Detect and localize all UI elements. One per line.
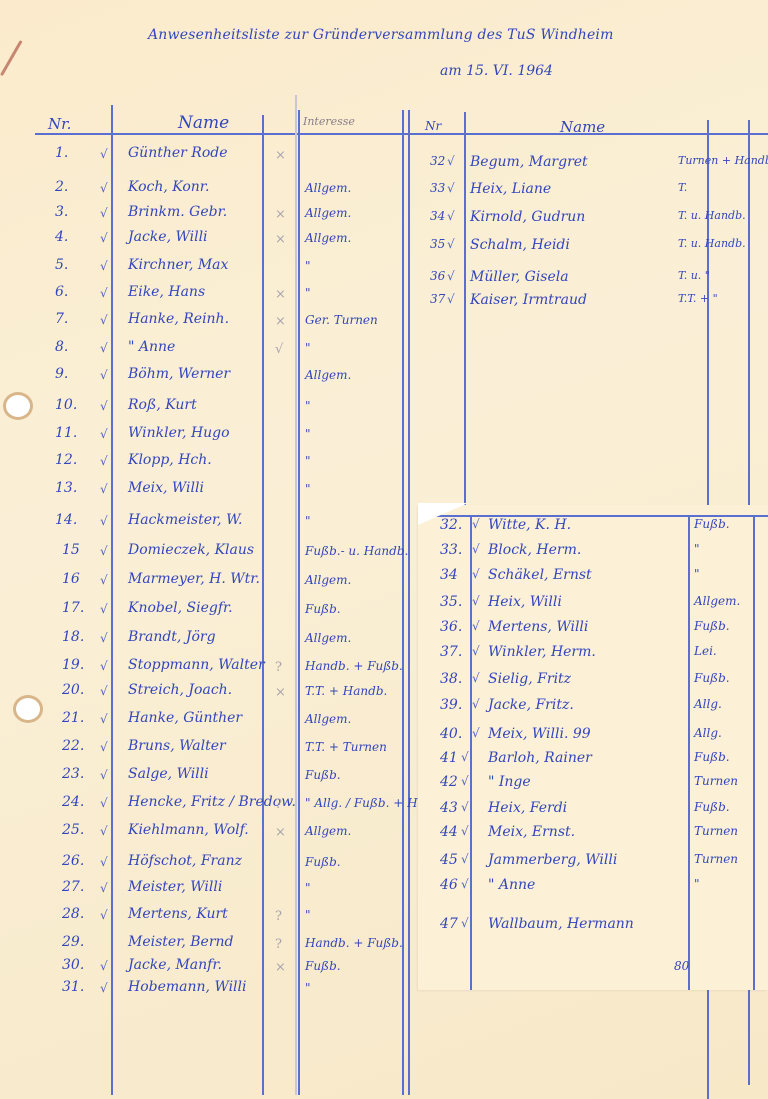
- check-mark: √: [100, 182, 108, 194]
- row-interest: ": [305, 400, 311, 412]
- check-mark: √: [100, 660, 108, 672]
- row-number: 27.: [62, 880, 84, 894]
- row-number: 23.: [62, 767, 84, 781]
- row-number: 37: [430, 293, 445, 305]
- check-mark: √: [100, 825, 108, 837]
- attendance-mark: ×: [275, 960, 286, 975]
- row-name: Stoppmann, Walter: [128, 658, 265, 672]
- row-interest: ": [305, 483, 311, 495]
- col-divider-faint: [295, 95, 297, 1095]
- row-name: Koch, Konr.: [128, 180, 209, 194]
- header-name: Name: [178, 115, 229, 132]
- row-interest: Allg.: [694, 698, 722, 710]
- row-number: 28.: [62, 907, 84, 921]
- row-interest: Handb. + Fußb.: [305, 937, 403, 949]
- check-mark: √: [100, 685, 108, 697]
- check-mark: √: [100, 400, 108, 412]
- header-interest: Interesse: [303, 116, 355, 127]
- row-interest: T.T. + Turnen: [305, 741, 387, 753]
- check-mark: √: [461, 878, 469, 890]
- attendance-mark: ?: [275, 937, 282, 952]
- row-interest: Lei.: [694, 645, 717, 657]
- row-name: Block, Herm.: [488, 543, 581, 557]
- row-name: Jacke, Manfr.: [128, 958, 222, 972]
- row-name: Marmeyer, H. Wtr.: [128, 572, 260, 586]
- row-interest: Fußb.: [694, 672, 730, 684]
- check-mark: √: [100, 148, 108, 160]
- row-number: 46: [440, 878, 458, 892]
- row-name: Kirnold, Gudrun: [470, 210, 585, 224]
- row-name: Müller, Gisela: [470, 270, 569, 284]
- row-number: 35.: [440, 595, 462, 609]
- check-mark: √: [472, 518, 480, 530]
- row-number: 2.: [55, 180, 68, 194]
- row-interest: ": [305, 428, 311, 440]
- row-number: 30.: [62, 958, 84, 972]
- row-interest: Allgem.: [305, 632, 351, 644]
- row-number: 25.: [62, 823, 84, 837]
- col-divider-double: [408, 110, 410, 1095]
- row-interest: Fußb.: [694, 518, 730, 530]
- right-col-divider-lower-end: [748, 985, 750, 1085]
- row-interest: ": [694, 878, 700, 890]
- check-mark: √: [100, 909, 108, 921]
- row-interest: Fußb.: [305, 603, 341, 615]
- row-interest: Turnen: [694, 853, 738, 865]
- row-number: 8.: [55, 340, 68, 354]
- row-name: Meister, Willi: [128, 880, 222, 894]
- attendance-mark: ×: [275, 207, 286, 222]
- row-number: 33: [430, 182, 445, 194]
- row-interest: Ger. Turnen: [305, 314, 378, 326]
- row-number: 32: [430, 155, 445, 167]
- right-col-divider-nr: [464, 112, 466, 512]
- row-interest: Fußb.: [305, 960, 341, 972]
- row-name: Schalm, Heidi: [470, 238, 570, 252]
- row-name: Barloh, Rainer: [488, 751, 592, 765]
- row-name: Mertens, Willi: [488, 620, 588, 634]
- header-nr: Nr.: [48, 117, 71, 132]
- row-name: Meix, Willi: [128, 481, 204, 495]
- row-interest: Fußb.: [694, 801, 730, 813]
- row-name: Winkler, Herm.: [488, 645, 596, 659]
- row-name: Bruns, Walter: [128, 739, 226, 753]
- row-number: 34: [430, 210, 445, 222]
- check-mark: √: [100, 882, 108, 894]
- check-mark: √: [100, 314, 108, 326]
- row-interest: ": [305, 455, 311, 467]
- row-interest: Allgem.: [305, 369, 351, 381]
- row-name: " Inge: [488, 775, 531, 789]
- check-mark: √: [461, 825, 469, 837]
- check-mark: √: [472, 727, 480, 739]
- row-number: 11.: [55, 426, 77, 440]
- row-interest: Allgem.: [305, 574, 351, 586]
- row-interest: Turnen + Handb.: [678, 155, 768, 166]
- row-number: 36.: [440, 620, 462, 634]
- row-name: Mertens, Kurt: [128, 907, 228, 921]
- check-mark: √: [100, 369, 108, 381]
- row-interest: ": [305, 909, 311, 921]
- row-interest: T. u. Handb.: [678, 238, 746, 249]
- row-number: 33.: [440, 543, 462, 557]
- row-number: 4.: [55, 230, 68, 244]
- row-interest: Fußb.: [305, 769, 341, 781]
- row-interest: T.T. + Handb.: [305, 685, 387, 697]
- row-name: Günther Rode: [128, 146, 228, 160]
- row-interest: ": [305, 882, 311, 894]
- row-name: " Anne: [488, 878, 535, 892]
- row-interest: ": [694, 543, 700, 555]
- check-mark: √: [472, 595, 480, 607]
- row-interest: ": [305, 982, 311, 994]
- row-name: Hanke, Reinh.: [128, 312, 229, 326]
- row-number: 29.: [62, 935, 84, 949]
- row-number: 39.: [440, 698, 462, 712]
- row-number: 18.: [62, 630, 84, 644]
- row-name: Meix, Willi. 99: [488, 727, 591, 741]
- row-interest: Allgem.: [694, 595, 740, 607]
- row-number: 37.: [440, 645, 462, 659]
- check-mark: √: [100, 287, 108, 299]
- row-number: 15: [62, 543, 80, 557]
- row-interest: ": [305, 515, 311, 527]
- row-interest: Turnen: [694, 825, 738, 837]
- row-interest: ": [305, 342, 311, 354]
- header-nr-right: Nr: [425, 120, 441, 132]
- row-interest: T.T. + ": [678, 293, 718, 304]
- row-number: 3.: [55, 205, 68, 219]
- check-mark: √: [447, 270, 455, 282]
- check-mark: √: [447, 293, 455, 305]
- check-mark: √: [100, 342, 108, 354]
- row-name: Höfschot, Franz: [128, 854, 242, 868]
- row-name: Schäkel, Ernst: [488, 568, 592, 582]
- check-mark: √: [100, 713, 108, 725]
- check-mark: √: [472, 645, 480, 657]
- row-name: Böhm, Werner: [128, 367, 230, 381]
- right-col-divider-end: [748, 120, 750, 510]
- row-number: 17.: [62, 601, 84, 615]
- header-name-right: Name: [560, 120, 605, 135]
- row-number: 31.: [62, 980, 84, 994]
- col-divider-mark: [298, 110, 300, 1095]
- row-interest: ": [305, 287, 311, 299]
- row-number: 45: [440, 853, 458, 867]
- check-mark: √: [100, 960, 108, 972]
- row-name: Heix, Liane: [470, 182, 551, 196]
- row-name: Wallbaum, Hermann: [488, 917, 634, 931]
- check-mark: √: [100, 455, 108, 467]
- row-name: Brandt, Jörg: [128, 630, 216, 644]
- row-name: Hanke, Günther: [128, 711, 242, 725]
- row-name: Sielig, Fritz: [488, 672, 571, 686]
- row-interest: Allgem.: [305, 713, 351, 725]
- row-name: Kiehlmann, Wolf.: [128, 823, 249, 837]
- attendance-mark: ×: [275, 287, 286, 302]
- attendance-mark: ×: [275, 825, 286, 840]
- row-number: 26.: [62, 854, 84, 868]
- row-interest: Allgem.: [305, 825, 351, 837]
- row-number: 7.: [55, 312, 68, 326]
- paper-curl: [418, 503, 468, 525]
- col-divider-name: [262, 115, 264, 1095]
- row-number: 36: [430, 270, 445, 282]
- pasted-slip: 32.√Witte, K. H.Fußb.33.√Block, Herm."34…: [418, 505, 768, 990]
- row-name: Hobemann, Willi: [128, 980, 247, 994]
- check-mark: √: [461, 917, 469, 929]
- row-number: 47: [440, 917, 458, 931]
- row-interest: ": [305, 260, 311, 272]
- row-number: 40.: [440, 727, 462, 741]
- check-mark: √: [100, 741, 108, 753]
- page-note: 80: [674, 960, 689, 972]
- col-divider-nr: [111, 105, 113, 1095]
- row-number: 44: [440, 825, 458, 839]
- row-name: Salge, Willi: [128, 767, 209, 781]
- row-name: Jacke, Fritz.: [488, 698, 574, 712]
- check-mark: √: [100, 982, 108, 994]
- right-col-divider-lower: [707, 985, 709, 1099]
- row-name: Jacke, Willi: [128, 230, 208, 244]
- row-interest: Allg.: [694, 727, 722, 739]
- document-date: am 15. VI. 1964: [440, 64, 553, 78]
- row-number: 22.: [62, 739, 84, 753]
- row-number: 5.: [55, 258, 68, 272]
- row-number: 1.: [55, 146, 68, 160]
- attendance-mark: ?: [275, 797, 282, 812]
- check-mark: √: [100, 603, 108, 615]
- attendance-mark: ×: [275, 148, 286, 163]
- row-name: Streich, Joach.: [128, 683, 232, 697]
- row-name: Meister, Bernd: [128, 935, 234, 949]
- row-number: 38.: [440, 672, 462, 686]
- check-mark: √: [100, 856, 108, 868]
- row-interest: Fußb.- u. Handb.: [305, 545, 408, 557]
- check-mark: √: [100, 232, 108, 244]
- row-name: Klopp, Hch.: [128, 453, 212, 467]
- check-mark: √: [100, 428, 108, 440]
- attendance-mark: ×: [275, 685, 286, 700]
- check-mark: √: [100, 769, 108, 781]
- attendance-mark: ×: [275, 314, 286, 329]
- check-mark: √: [100, 260, 108, 272]
- row-number: 14.: [55, 513, 77, 527]
- right-col-divider-name: [707, 120, 709, 510]
- check-mark: √: [100, 545, 108, 557]
- punch-hole: [16, 698, 40, 720]
- row-name: Hackmeister, W.: [128, 513, 242, 527]
- slip-col-divider-name: [688, 515, 690, 990]
- check-mark: √: [461, 801, 469, 813]
- row-number: 16: [62, 572, 80, 586]
- attendance-mark: √: [275, 342, 283, 357]
- check-mark: √: [100, 483, 108, 495]
- attendance-mark: ×: [275, 232, 286, 247]
- row-name: Heix, Ferdi: [488, 801, 567, 815]
- check-mark: √: [472, 568, 480, 580]
- punch-hole: [6, 395, 30, 417]
- row-interest: Allgem.: [305, 207, 351, 219]
- row-number: 21.: [62, 711, 84, 725]
- row-interest: Fußb.: [694, 751, 730, 763]
- check-mark: √: [100, 207, 108, 219]
- row-name: Meix, Ernst.: [488, 825, 575, 839]
- row-interest: Handb. + Fußb.: [305, 660, 403, 672]
- attendance-mark: ?: [275, 660, 282, 675]
- row-name: Kirchner, Max: [128, 258, 228, 272]
- row-name: Domieczek, Klaus: [128, 543, 254, 557]
- row-name: Jammerberg, Willi: [488, 853, 617, 867]
- row-number: 35: [430, 238, 445, 250]
- pencil-mark: [0, 40, 23, 76]
- row-number: 10.: [55, 398, 77, 412]
- row-name: Kaiser, Irmtraud: [470, 293, 587, 307]
- row-number: 13.: [55, 481, 77, 495]
- row-number: 6.: [55, 285, 68, 299]
- check-mark: √: [472, 698, 480, 710]
- row-name: Knobel, Siegfr.: [128, 601, 233, 615]
- row-interest: T. u. ": [678, 270, 710, 281]
- check-mark: √: [472, 672, 480, 684]
- check-mark: √: [472, 543, 480, 555]
- row-number: 19.: [62, 658, 84, 672]
- row-number: 24.: [62, 795, 84, 809]
- check-mark: √: [447, 238, 455, 250]
- row-interest: T.: [678, 182, 687, 193]
- row-interest: Allgem.: [305, 182, 351, 194]
- check-mark: √: [447, 182, 455, 194]
- row-number: 9.: [55, 367, 68, 381]
- row-number: 20.: [62, 683, 84, 697]
- row-interest: Fußb.: [305, 856, 341, 868]
- row-name: " Anne: [128, 340, 175, 354]
- check-mark: √: [461, 775, 469, 787]
- slip-col-divider-nr: [470, 515, 472, 990]
- check-mark: √: [100, 574, 108, 586]
- row-interest: ": [694, 568, 700, 580]
- check-mark: √: [100, 797, 108, 809]
- check-mark: √: [447, 210, 455, 222]
- slip-col-divider-end: [753, 515, 755, 990]
- row-number: 12.: [55, 453, 77, 467]
- attendance-mark: ?: [275, 909, 282, 924]
- row-interest: Turnen: [694, 775, 738, 787]
- row-number: 42: [440, 775, 458, 789]
- check-mark: √: [100, 632, 108, 644]
- row-name: Hencke, Fritz / Bredow.: [128, 795, 296, 809]
- row-name: Begum, Margret: [470, 155, 588, 169]
- row-interest: T. u. Handb.: [678, 210, 746, 221]
- row-name: Brinkm. Gebr.: [128, 205, 227, 219]
- row-interest: Fußb.: [694, 620, 730, 632]
- row-number: 41: [440, 751, 458, 765]
- check-mark: √: [461, 853, 469, 865]
- check-mark: √: [472, 620, 480, 632]
- row-name: Eike, Hans: [128, 285, 205, 299]
- row-name: Winkler, Hugo: [128, 426, 230, 440]
- row-number: 43: [440, 801, 458, 815]
- check-mark: √: [100, 515, 108, 527]
- check-mark: √: [461, 751, 469, 763]
- check-mark: √: [447, 155, 455, 167]
- row-number: 34: [440, 568, 458, 582]
- row-interest: Allgem.: [305, 232, 351, 244]
- row-name: Roß, Kurt: [128, 398, 197, 412]
- row-name: Witte, K. H.: [488, 518, 571, 532]
- document-title: Anwesenheitsliste zur Gründerversammlung…: [148, 28, 614, 42]
- row-name: Heix, Willi: [488, 595, 562, 609]
